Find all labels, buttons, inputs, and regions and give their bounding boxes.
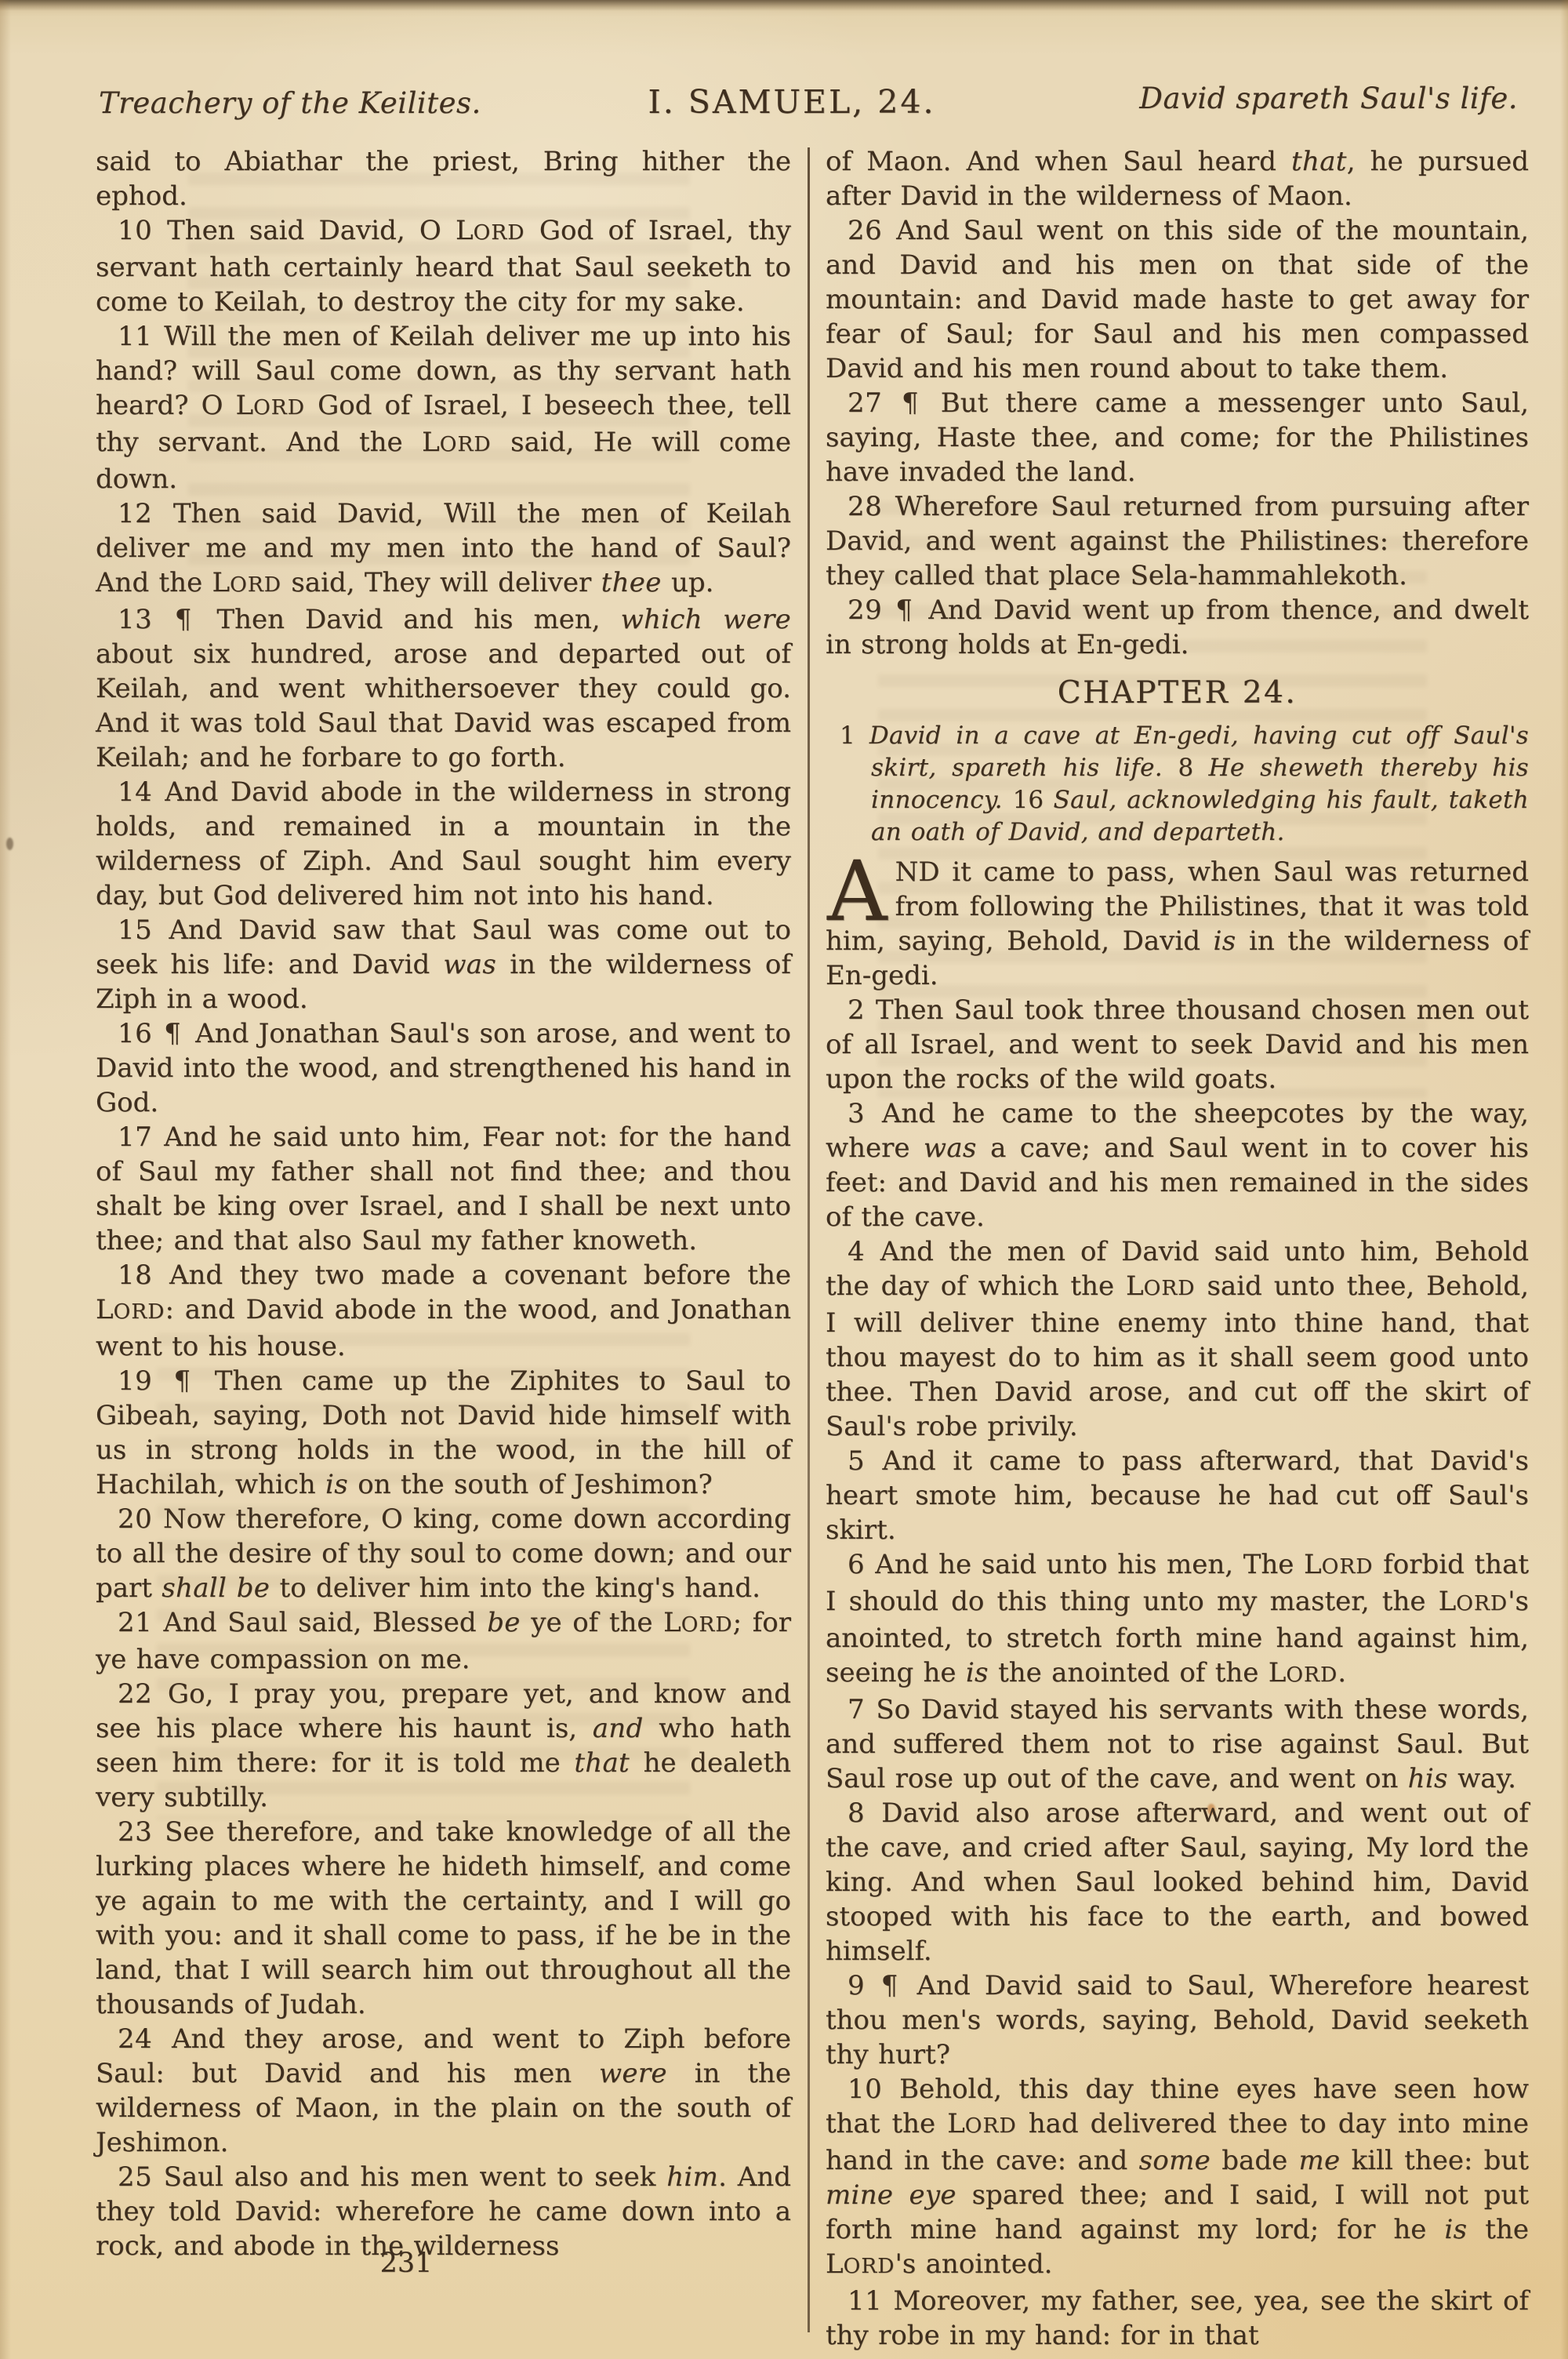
verse-paragraph: 9 ¶ And David said to Saul, Wherefore he… [826, 1968, 1529, 2072]
lord-smallcaps: LORD [1269, 1657, 1338, 1688]
page-number: 231 [58, 2248, 754, 2279]
verse-paragraph: 26 And Saul went on this side of the mou… [826, 213, 1529, 386]
scan-right-edge [1560, 0, 1568, 2359]
verse-paragraph: 20 Now therefore, O king, come down acco… [96, 1502, 791, 1605]
verse-paragraph: 5 And it came to pass afterward, that Da… [826, 1444, 1529, 1547]
scanned-bible-page: { "page": { "header": { "left_running_he… [0, 0, 1568, 2359]
italic-word: and [593, 1713, 644, 1744]
italic-word: is [1214, 925, 1236, 957]
italic-word: me [1298, 2145, 1340, 2176]
italic-word: mine eye [826, 2179, 956, 2211]
verse-number: 14 [118, 776, 165, 808]
lord-smallcaps: LORD [1126, 1270, 1196, 1302]
verse-paragraph: 11 Moreover, my father, see, yea, see th… [826, 2284, 1529, 2353]
verse-paragraph: 10 Behold, this day thine eyes have seen… [826, 2072, 1529, 2284]
right-text-column: of Maon. And when Saul heard that, he pu… [826, 144, 1529, 2353]
italic-word: is [966, 1657, 989, 1688]
right-running-head: David spareth Saul's life. [1139, 82, 1518, 115]
lord-smallcaps: LORD [1304, 1549, 1374, 1580]
smallcaps-rest: ORD [1456, 1591, 1508, 1616]
summary-verse-ref: 1 [840, 722, 869, 750]
verse-paragraph: 22 Go, I pray you, prepare yet, and know… [96, 1677, 791, 1815]
italic-word: that [1291, 146, 1347, 177]
verse-paragraph: 21 And Saul said, Blessed be ye of the L… [96, 1605, 791, 1677]
verse-continuation-paragraph: said to Abiathar the priest, Bring hithe… [96, 144, 791, 213]
pilcrow-mark: ¶ [880, 1970, 917, 2001]
italic-word: was [443, 949, 496, 980]
verse-number: 28 [848, 491, 895, 522]
verse-number: 24 [118, 2023, 172, 2055]
smallcaps-rest: ORD [1144, 1276, 1196, 1300]
italic-word: which were [621, 604, 791, 635]
pilcrow-mark: ¶ [162, 1018, 195, 1049]
summary-verse-ref: 16 [1013, 786, 1054, 814]
verse-number: 10 [848, 2074, 899, 2105]
verse-paragraph: 13 ¶ Then David and his men, which were … [96, 602, 791, 775]
column-divider-rule [808, 147, 810, 2332]
chapter-summary: 1 David in a cave at En-gedi, having cut… [826, 720, 1529, 849]
chapter-heading: CHAPTER 24. [826, 676, 1529, 711]
lord-smallcaps: LORD [235, 390, 305, 421]
verse-number: 12 [118, 498, 173, 529]
verse-paragraph: 8 David also arose afterward, and went o… [826, 1796, 1529, 1968]
verse-paragraph: 17 And he said unto him, Fear not: for t… [96, 1120, 791, 1258]
smallcaps-rest: ORD [965, 2114, 1017, 2138]
italic-word: were [599, 2058, 667, 2089]
lord-smallcaps: LORD [96, 1294, 165, 1325]
verse-paragraph: 11 Will the men of Keilah deliver me up … [96, 319, 791, 496]
italic-word: him [666, 2161, 718, 2193]
verse-paragraph: 14 And David abode in the wilderness in … [96, 775, 791, 913]
running-header: Treachery of the Keilites. I. SAMUEL, 24… [96, 82, 1523, 132]
smallcaps-rest: ORD [253, 395, 305, 420]
italic-word: was [924, 1132, 977, 1164]
verse-number: 20 [118, 1503, 163, 1535]
verse-number: 29 [848, 594, 894, 626]
lord-smallcaps: LORD [456, 215, 525, 246]
verse-paragraph: 6 And he said unto his men, The LORD for… [826, 1547, 1529, 1692]
italic-word: thee [601, 567, 662, 598]
pilcrow-mark: ¶ [173, 604, 217, 635]
smallcaps-rest: ORD [440, 432, 492, 456]
lord-smallcaps: LORD [663, 1607, 733, 1638]
verse-number: 7 [848, 1694, 876, 1725]
verse-number: 25 [118, 2161, 164, 2193]
verse-paragraph: 10 Then said David, O LORD God of Israel… [96, 213, 791, 319]
italic-word: is [325, 1469, 348, 1500]
pilcrow-mark: ¶ [900, 387, 941, 419]
italic-word: is [1444, 2214, 1467, 2245]
book-chapter-title: I. SAMUEL, 24. [648, 83, 936, 121]
lord-smallcaps: LORD [947, 2108, 1017, 2139]
verse-number: 18 [118, 1259, 169, 1291]
scan-top-edge [0, 0, 1568, 11]
verse-paragraph: 3 And he came to the sheepcotes by the w… [826, 1096, 1529, 1234]
verse-number: 23 [118, 1816, 165, 1848]
italic-word: shall be [162, 1572, 270, 1604]
left-text-column: said to Abiathar the priest, Bring hithe… [96, 144, 791, 2353]
drop-cap-initial: A [826, 855, 895, 924]
verse-paragraph: 18 And they two made a covenant before t… [96, 1258, 791, 1364]
verse-number: 10 [118, 215, 167, 246]
lord-smallcaps: LORD [826, 2248, 895, 2280]
verse-paragraph: 27 ¶ But there came a messenger unto Sau… [826, 386, 1529, 489]
verse-paragraph: 16 ¶ And Jonathan Saul's son arose, and … [96, 1016, 791, 1120]
verse-paragraph: 29 ¶ And David went up from thence, and … [826, 593, 1529, 662]
verse-number: 2 [848, 994, 876, 1026]
two-column-text-block: said to Abiathar the priest, Bring hithe… [96, 144, 1529, 2353]
verse-number: 16 [118, 1018, 162, 1049]
smallcaps-rest: ORD [1322, 1554, 1374, 1579]
verse-number: 17 [118, 1121, 164, 1153]
lord-smallcaps: LORD [212, 567, 282, 598]
verse-number: 19 [118, 1365, 172, 1397]
italic-word: his [1408, 1763, 1448, 1794]
italic-word: some [1139, 2145, 1210, 2176]
italic-word: be [487, 1607, 521, 1638]
verse-number: 3 [848, 1098, 882, 1129]
smallcaps-rest: ORD [1286, 1663, 1338, 1687]
smallcaps-rest: ORD [114, 1299, 165, 1324]
page-background: Treachery of the Keilites. I. SAMUEL, 24… [0, 0, 1568, 2359]
verse-number: 8 [848, 1797, 881, 1829]
pilcrow-mark: ¶ [172, 1365, 214, 1397]
verse-number: 9 [848, 1970, 880, 2001]
verse-number: 22 [118, 1678, 168, 1710]
smallcaps-rest: ORD [681, 1612, 733, 1637]
pilcrow-mark: ¶ [894, 594, 928, 626]
verse-number: 4 [848, 1236, 880, 1267]
verse-paragraph: 24 And they arose, and went to Ziph befo… [96, 2022, 791, 2160]
verse-paragraph: 15 And David saw that Saul was come out … [96, 913, 791, 1016]
verse-number: 11 [848, 2285, 893, 2317]
verse-paragraph: 28 Wherefore Saul returned from pursuing… [826, 489, 1529, 593]
summary-verse-ref: 8 [1178, 754, 1209, 782]
verse-paragraph: 19 ¶ Then came up the Ziphites to Saul t… [96, 1364, 791, 1502]
scan-left-edge [0, 0, 11, 2359]
left-running-head: Treachery of the Keilites. [99, 86, 481, 120]
verse-number: 26 [848, 215, 896, 246]
lord-smallcaps: LORD [422, 427, 492, 458]
verse-number: 27 [848, 387, 900, 419]
verse-number: 13 [118, 604, 173, 635]
verse-number: 5 [848, 1445, 882, 1477]
verse-number: 11 [118, 321, 164, 352]
smallcaps-rest: ORD [844, 2254, 895, 2278]
verse-paragraph: 23 See therefore, and take knowledge of … [96, 1815, 791, 2022]
verse-number: 15 [118, 914, 169, 946]
italic-word: that [574, 1747, 630, 1779]
verse-number: 21 [118, 1607, 163, 1638]
verse-paragraph: 12 Then said David, Will the men of Keil… [96, 496, 791, 602]
smallcaps-rest: ORD [230, 572, 281, 597]
verse-paragraph: 2 Then Saul took three thousand chosen m… [826, 993, 1529, 1096]
verse-number: 6 [848, 1549, 875, 1580]
verse-paragraph: 4 And the men of David said unto him, Be… [826, 1234, 1529, 1444]
verse-continuation-paragraph: AND it came to pass, when Saul was retur… [826, 855, 1529, 993]
verse-paragraph: 7 So David stayed his servants with thes… [826, 1692, 1529, 1796]
smallcaps-rest: ORD [474, 220, 525, 245]
verse-continuation-paragraph: of Maon. And when Saul heard that, he pu… [826, 144, 1529, 213]
lord-smallcaps: LORD [1439, 1586, 1508, 1617]
